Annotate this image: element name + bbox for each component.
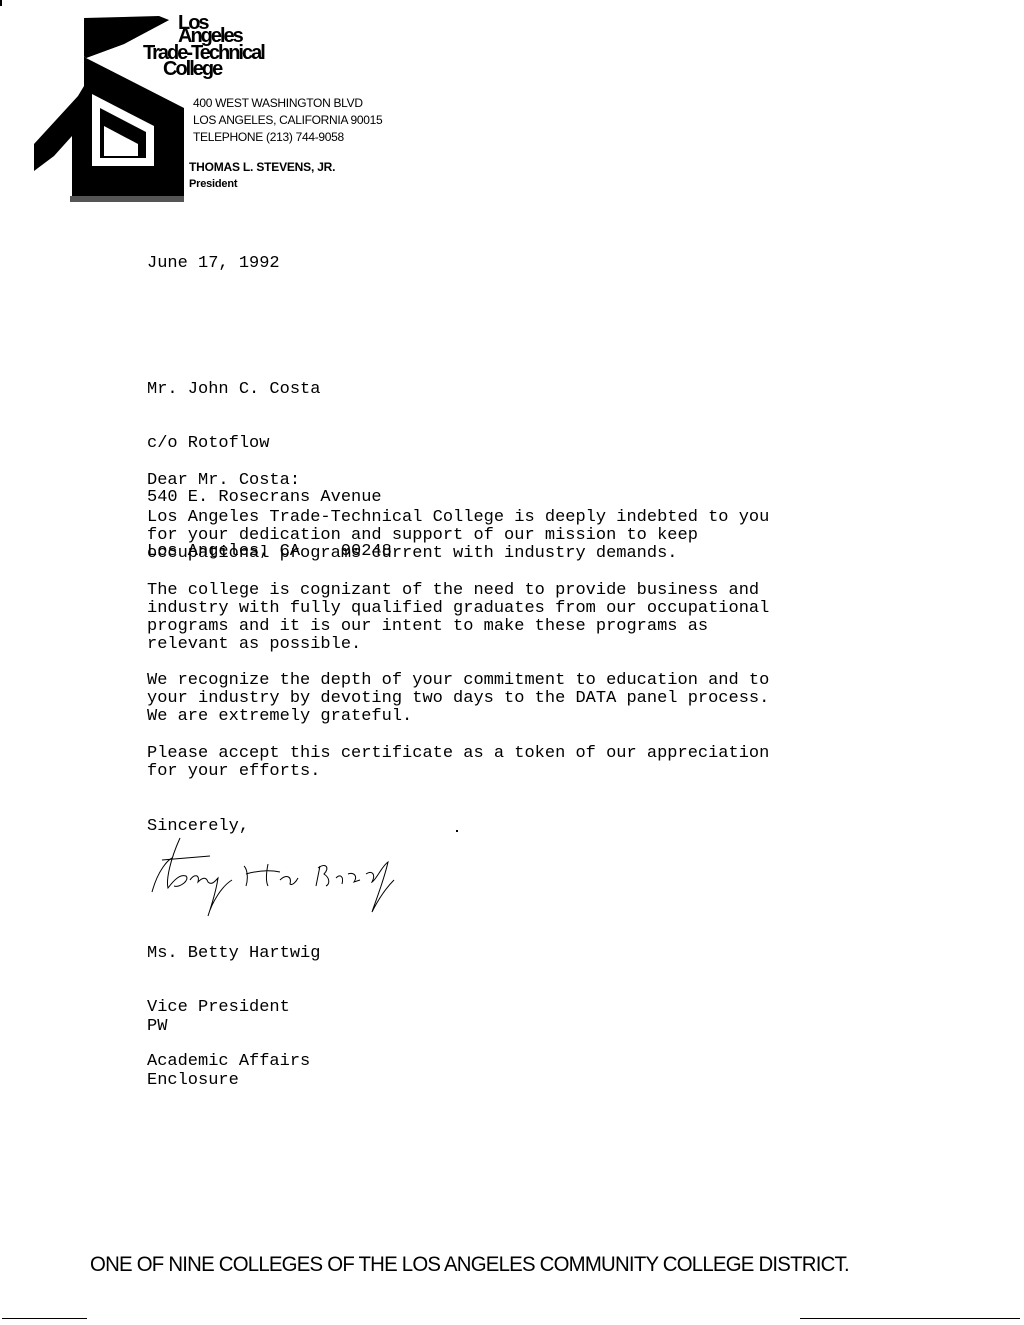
- bottom-rule-right: [800, 1318, 1020, 1319]
- reference-block: PW Enclosure: [147, 982, 239, 1108]
- recipient-line: c/o Rotoflow: [147, 435, 392, 453]
- telephone-line: TELEPHONE (213) 744-9058: [193, 129, 382, 146]
- address-line: LOS ANGELES, CALIFORNIA 90015: [193, 112, 382, 129]
- letterhead-president: THOMAS L. STEVENS, JR. President: [189, 159, 335, 193]
- body-paragraph: We recognize the depth of your commitmen…: [147, 672, 769, 726]
- signer-name: Ms. Betty Hartwig: [147, 945, 320, 963]
- salutation: Dear Mr. Costa:: [147, 472, 300, 490]
- president-name: THOMAS L. STEVENS, JR.: [189, 159, 335, 176]
- body-paragraph: The college is cognizant of the need to …: [147, 582, 769, 654]
- scan-speck: [0, 0, 2, 6]
- recipient-line: 540 E. Rosecrans Avenue: [147, 489, 392, 507]
- enclosure-note: Enclosure: [147, 1072, 239, 1090]
- body-paragraph: Please accept this certificate as a toke…: [147, 745, 769, 781]
- bottom-rule-left: [2, 1318, 87, 1319]
- recipient-line: Mr. John C. Costa: [147, 381, 392, 399]
- scan-speck: [456, 830, 458, 832]
- address-line: 400 WEST WASHINGTON BLVD: [193, 95, 382, 112]
- signature-icon: [150, 830, 480, 920]
- letter-date: June 17, 1992: [147, 255, 280, 273]
- president-title: President: [189, 176, 335, 193]
- college-name-line: College: [163, 61, 221, 77]
- letterhead-address: 400 WEST WASHINGTON BLVD LOS ANGELES, CA…: [193, 95, 382, 146]
- typist-initials: PW: [147, 1018, 239, 1036]
- body-paragraph: Los Angeles Trade-Technical College is d…: [147, 509, 769, 563]
- footer-tagline: ONE OF NINE COLLEGES OF THE LOS ANGELES …: [90, 1253, 849, 1277]
